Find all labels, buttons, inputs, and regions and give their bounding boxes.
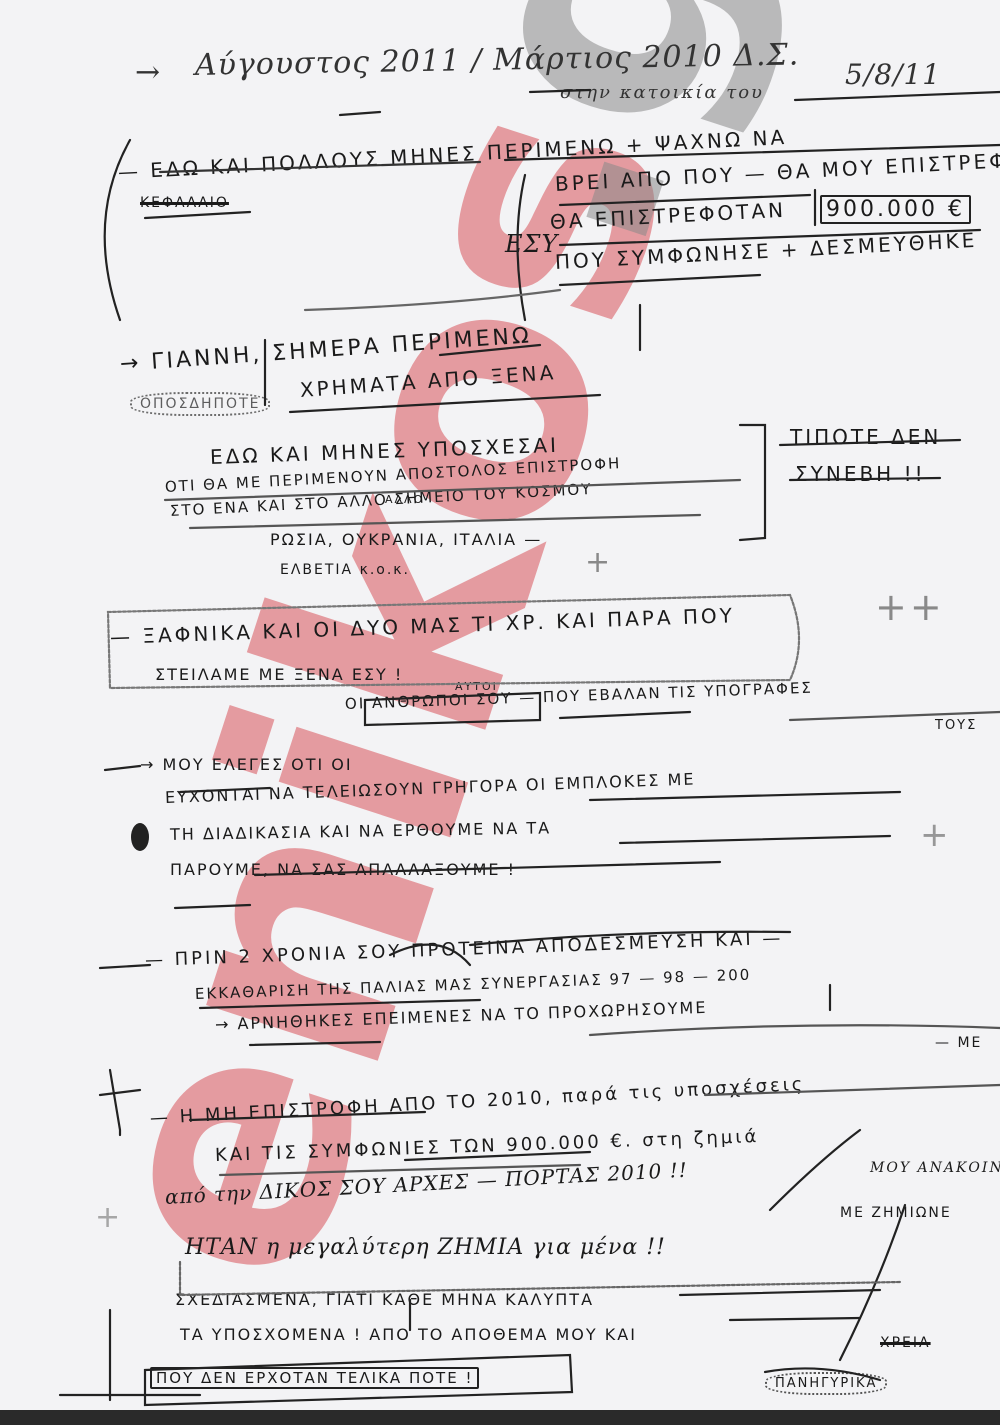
note-line: ΣΧΕΔΙΑΣΜΕΝΑ, ΓΙΑΤΙ ΚΑΘΕ ΜΗΝΑ ΚΑΛΥΠΤΑ	[175, 1290, 594, 1309]
note-line: ΠΑΡΟΥΜΕ, ΝΑ ΣΑΣ ΑΠΑΛΛΑΞΟΥΜΕ !	[170, 860, 516, 879]
note-line: — ΜΕ	[935, 1035, 982, 1051]
note-line: ΤΗ ΔΙΑΔΙΚΑΣΙΑ ΚΑΙ ΝΑ ΕΡΘΟΥΜΕ ΝΑ ΤΑ	[170, 818, 551, 844]
note-line: ΟΙ ΑΝΘΡΩΠΟΙ ΣΟΥ — ΠΟΥ ΕΒΑΛΑΝ ΤΙΣ ΥΠΟΓΡΑΦ…	[345, 679, 813, 713]
ink-blot	[131, 823, 149, 851]
note-line: ΕΣΥ	[505, 230, 558, 258]
note-line: ΡΩΣΙΑ, ΟΥΚΡΑΝΙΑ, ΙΤΑΛΙΑ —	[270, 530, 542, 549]
note-line: ΠΟΥ ΔΕΝ ΕΡΧΟΤΑΝ ΤΕΛΙΚΑ ΠΟΤΕ !	[150, 1367, 479, 1389]
note-line: ΟΠΟΣΔΗΠΟΤΕ	[130, 392, 270, 416]
note-line: → ΜΟΥ ΕΛΕΓΕΣ ΟΤΙ ΟΙ	[140, 755, 353, 774]
note-line: ΤΑ ΥΠΟΣΧΟΜΕΝΑ ! ΑΠΟ ΤΟ ΑΠΟΘΕΜΑ ΜΟΥ ΚΑΙ	[180, 1325, 637, 1344]
margin-cross-mark: ++	[875, 585, 945, 629]
note-line: ΕΚΚΑΘΑΡΙΣΗ ΤΗΣ ΠΑΛΙΑΣ ΜΑΣ ΣΥΝΕΡΓΑΣΙΑΣ 97…	[195, 966, 752, 1003]
note-line: — ΞΑΦΝΙΚΑ ΚΑΙ ΟΙ ΔΥΟ ΜΑΣ ΤΙ ΧΡ. ΚΑΙ ΠΑΡΑ…	[110, 603, 736, 649]
note-line: από την ΔΙΚΟΣ ΣΟΥ ΑΡΧΕΣ — ΠΟΡΤΑΣ 2010 !!	[164, 1158, 688, 1209]
header-date: 5/8/11	[845, 58, 941, 91]
note-line: ΠΟΥ ΣΥΜΦΩΝΗΣΕ + ΔΕΣΜΕΥΘΗΚΕ	[554, 228, 978, 274]
note-line: ΧΡΕΙΑ	[880, 1335, 931, 1351]
note-line: ΤΟΥΣ	[935, 718, 977, 733]
amount-900000: 900.000 €	[820, 195, 971, 224]
note-line: ΤΙΠΟΤΕ ΔΕΝ	[790, 425, 941, 449]
header-title: Αύγουστος 2011 / Μάρτιος 2010 Δ.Σ.	[195, 37, 800, 83]
note-line: ΠΑΝΗΓΥΡΙΚΑ	[765, 1372, 887, 1395]
margin-cross-mark: +	[920, 815, 952, 855]
note-line: ΚΕΦΑΛΑΙΟ	[140, 195, 229, 211]
note-line: — Η ΜΗ ΕΠΙΣΤΡΟΦΗ ΑΠΟ ΤΟ 2010, παρά τις υ…	[149, 1074, 805, 1129]
margin-cross-mark: +	[585, 545, 613, 580]
note-line: ΘΑ ΕΠΙΣΤΡΕΦΟΤΑΝ	[549, 198, 786, 234]
note-line: ΜΕ ΖΗΜΙΩΝΕ	[840, 1205, 952, 1221]
scanned-page: enikos .gr → Αύγουστος 2011 / Μάρτιος 20…	[0, 0, 1000, 1410]
scan-bottom-edge	[0, 1410, 1000, 1425]
note-line: ΣΤΕΙΛΑΜΕ ΜΕ ΞΕΝΑ ΕΣΥ !	[155, 665, 403, 684]
note-line: ΕΥΧΟΝΤΑΙ ΝΑ ΤΕΛΕΙΩΣΟΥΝ ΓΡΗΓΟΡΑ ΟΙ ΕΜΠΛΟΚ…	[165, 769, 696, 807]
header-arrow: →	[135, 55, 161, 90]
note-line: ΗΤΑΝ η μεγαλύτερη ΖΗΜΙΑ για μένα !!	[185, 1235, 666, 1260]
note-line: ΧΡΗΜΑΤΑ ΑΠΟ ΞΕΝΑ	[299, 360, 557, 402]
header-subtitle: στην κατοικία του	[560, 82, 764, 103]
note-line: ΜΟΥ ΑΝΑΚΟΙΝΩΣΕΣ	[870, 1160, 1000, 1176]
note-line: → ΑΡΝΗΘΗΚΕΣ ΕΠΕΙΜΕΝΕΣ ΝΑ ΤΟ ΠΡΟΧΩΡΗΣΟΥΜΕ	[215, 998, 708, 1034]
note-line: — ΠΡΙΝ 2 ΧΡΟΝΙΑ ΣΟΥ ΠΡΟΤΕΙΝΑ ΑΠΟΔΕΣΜΕΥΣΗ…	[145, 928, 784, 971]
margin-cross-mark: +	[95, 1200, 123, 1235]
note-line: ΣΥΝΕΒΗ !!	[795, 462, 926, 486]
note-line: ΕΛΒΕΤΙΑ κ.ο.κ.	[280, 562, 410, 578]
